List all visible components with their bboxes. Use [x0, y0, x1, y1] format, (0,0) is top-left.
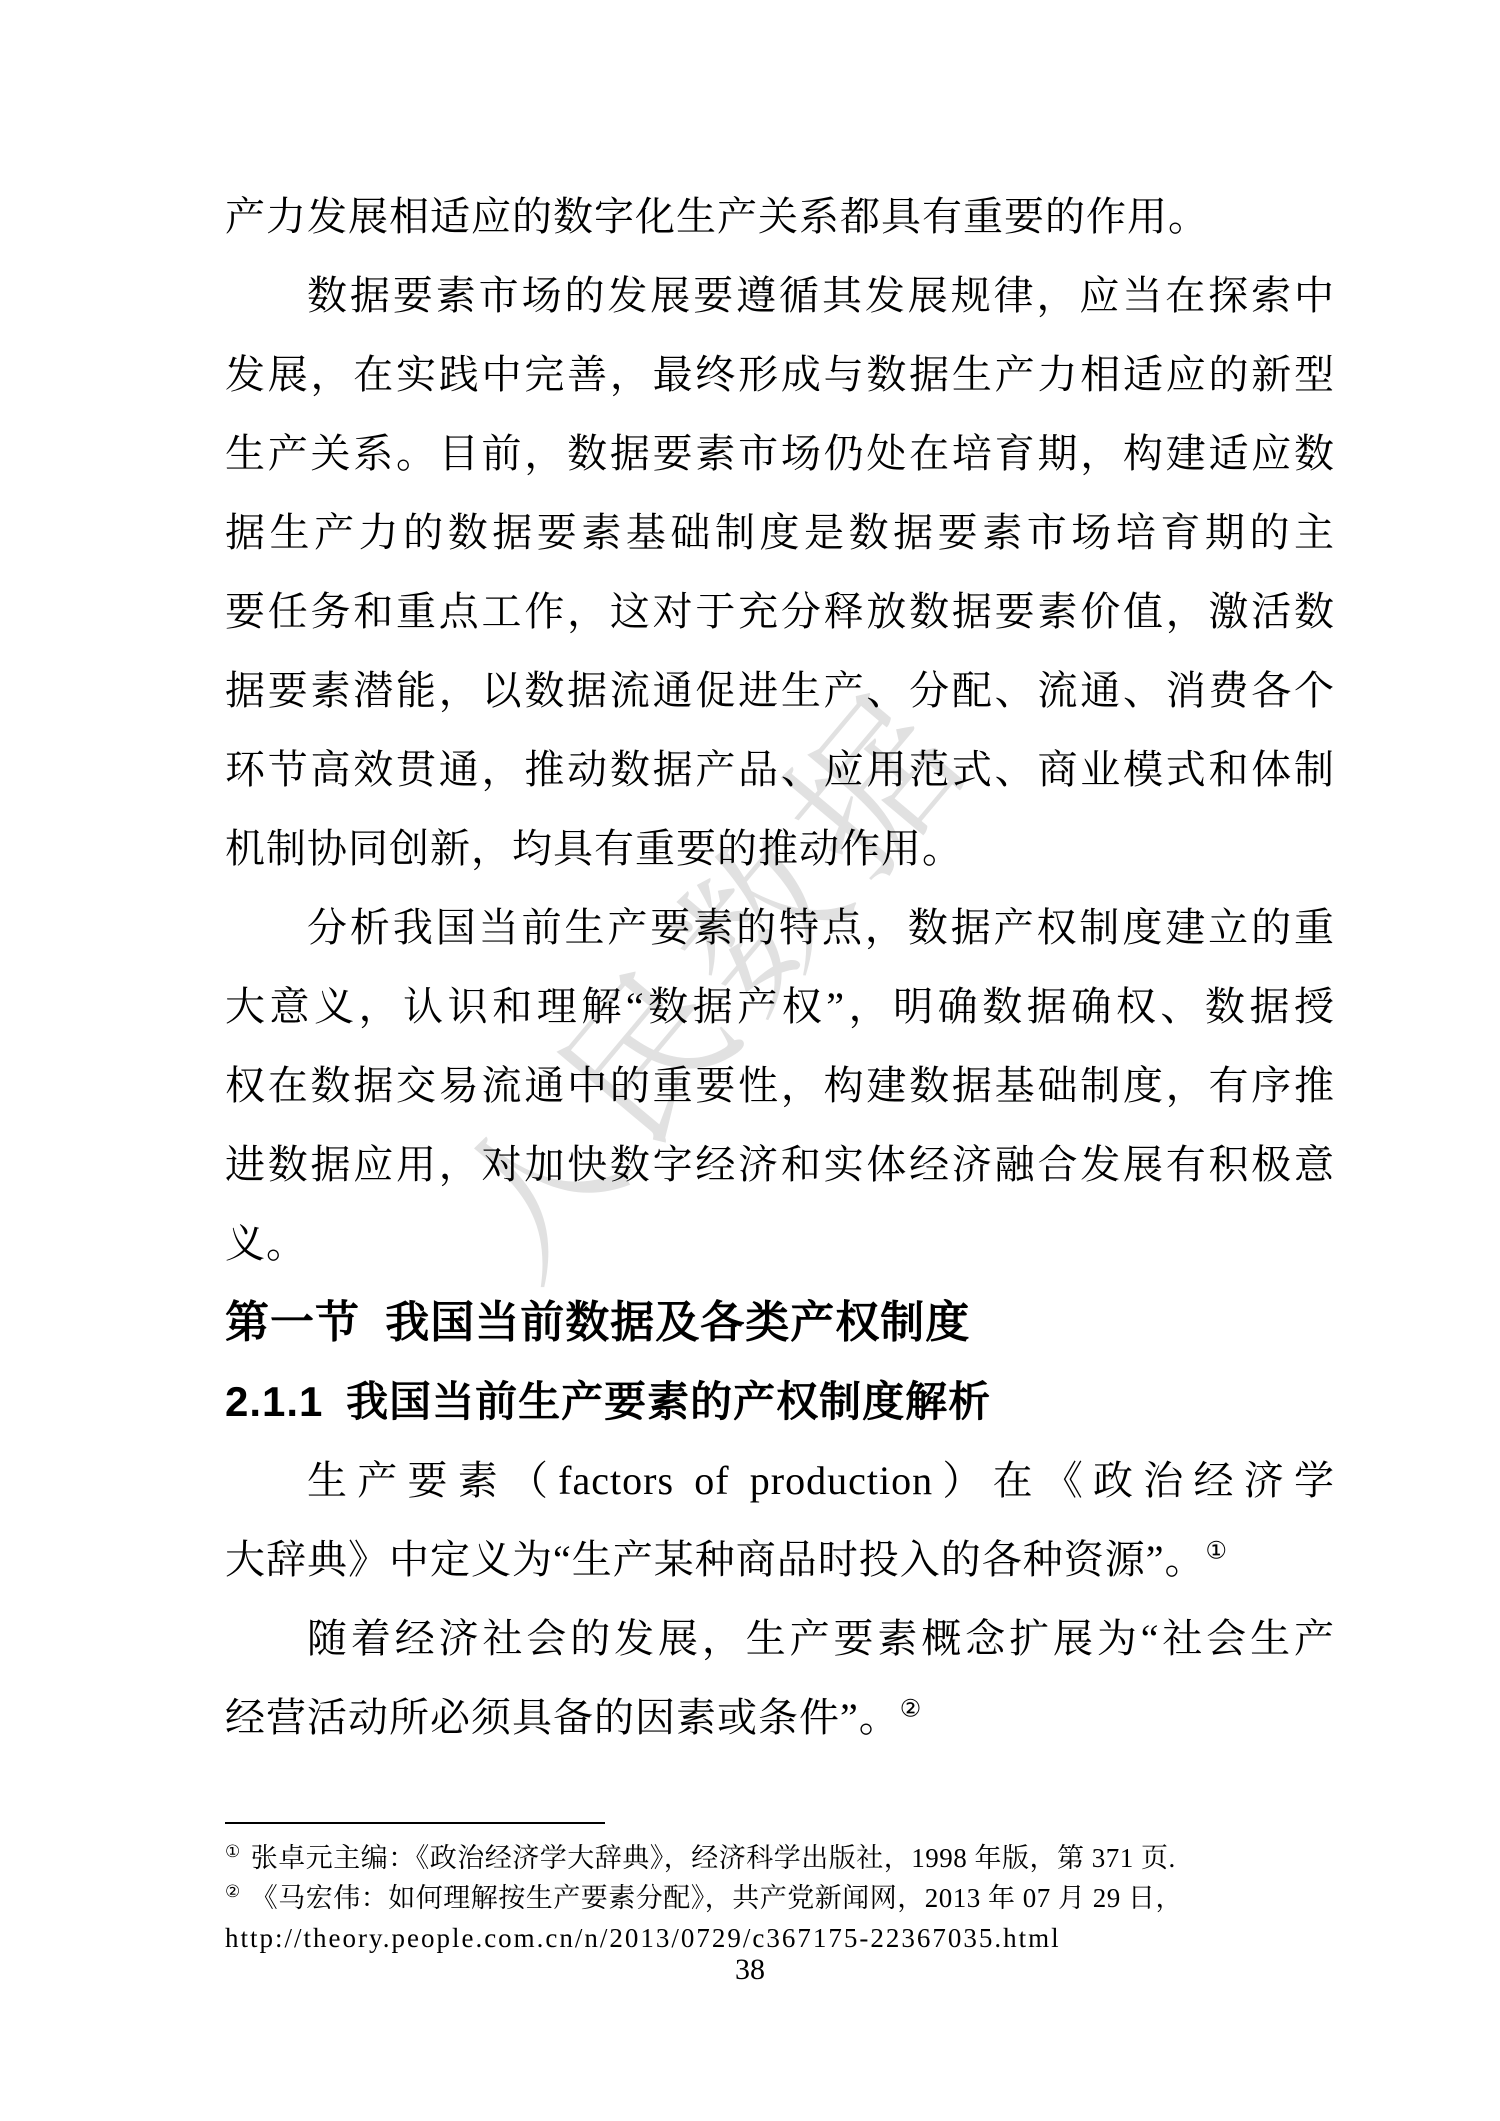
body-line: 据要素潜能，以数据流通促进生产、分配、流通、消费各个	[225, 651, 1335, 730]
body-line: 经营活动所必须具备的因素或条件”。②	[225, 1678, 1335, 1757]
page-number: 38	[0, 1950, 1500, 1990]
body-text: 产力发展相适应的数字化生产关系都具有重要的作用。 数据要素市场的发展要遵循其发展…	[225, 177, 1335, 1757]
footnote-text: 张卓元主编：《政治经济学大辞典》，经济科学出版社，1998 年版，第 371 页…	[251, 1843, 1176, 1873]
footnote-ref-1: ①	[1206, 1539, 1228, 1565]
subsection-heading: 2.1.1 我国当前生产要素的产权制度解析	[225, 1362, 1335, 1441]
paragraph: 数据要素市场的发展要遵循其发展规律，应当在探索中 发展，在实践中完善，最终形成与…	[225, 256, 1335, 888]
body-line: 大意义，认识和理解“数据产权”，明确数据确权、数据授	[225, 967, 1335, 1046]
footnote-marker-2: ②	[225, 1882, 241, 1901]
paragraph: 产力发展相适应的数字化生产关系都具有重要的作用。	[225, 177, 1335, 256]
body-line: 据生产力的数据要素基础制度是数据要素市场培育期的主	[225, 493, 1335, 572]
footnote-area: ①张卓元主编：《政治经济学大辞典》，经济科学出版社，1998 年版，第 371 …	[225, 1838, 1365, 1958]
section-heading: 第一节 我国当前数据及各类产权制度	[225, 1283, 1335, 1362]
footnote-text: 《马宏伟：如何理解按生产要素分配》，共产党新闻网，2013 年 07 月 29 …	[251, 1883, 1183, 1913]
footnote-marker-1: ①	[225, 1842, 241, 1861]
footnote-1: ①张卓元主编：《政治经济学大辞典》，经济科学出版社，1998 年版，第 371 …	[225, 1838, 1365, 1878]
body-line: 要任务和重点工作，这对于充分释放数据要素价值，激活数	[225, 572, 1335, 651]
footnote-ref-2: ②	[900, 1697, 922, 1723]
paragraph: 随着经济社会的发展，生产要素概念扩展为“社会生产 经营活动所必须具备的因素或条件…	[225, 1599, 1335, 1757]
document-page: 人民数据 产力发展相适应的数字化生产关系都具有重要的作用。 数据要素市场的发展要…	[0, 0, 1500, 2121]
body-line: 分析我国当前生产要素的特点，数据产权制度建立的重	[225, 888, 1335, 967]
footnote-2: ②《马宏伟：如何理解按生产要素分配》，共产党新闻网，2013 年 07 月 29…	[225, 1878, 1365, 1918]
body-line: 生产要素（factors of production）在《政治经济学	[225, 1441, 1335, 1520]
body-line-text: 大辞典》中定义为“生产某种商品时投入的各种资源”。	[225, 1537, 1206, 1582]
body-line: 机制协同创新，均具有重要的推动作用。	[225, 809, 1335, 888]
footnote-separator	[225, 1822, 605, 1824]
paragraph: 分析我国当前生产要素的特点，数据产权制度建立的重 大意义，认识和理解“数据产权”…	[225, 888, 1335, 1283]
body-line: 发展，在实践中完善，最终形成与数据生产力相适应的新型	[225, 335, 1335, 414]
body-line: 随着经济社会的发展，生产要素概念扩展为“社会生产	[225, 1599, 1335, 1678]
body-line: 大辞典》中定义为“生产某种商品时投入的各种资源”。①	[225, 1520, 1335, 1599]
body-line: 数据要素市场的发展要遵循其发展规律，应当在探索中	[225, 256, 1335, 335]
body-line: 产力发展相适应的数字化生产关系都具有重要的作用。	[225, 177, 1335, 256]
body-line: 生产关系。目前，数据要素市场仍处在培育期，构建适应数	[225, 414, 1335, 493]
body-line: 进数据应用，对加快数字经济和实体经济融合发展有积极意	[225, 1125, 1335, 1204]
body-line: 环节高效贯通，推动数据产品、应用范式、商业模式和体制	[225, 730, 1335, 809]
body-line: 义。	[225, 1204, 1335, 1283]
body-line: 权在数据交易流通中的重要性，构建数据基础制度，有序推	[225, 1046, 1335, 1125]
body-line-text: 经营活动所必须具备的因素或条件”。	[225, 1695, 900, 1740]
paragraph: 生产要素（factors of production）在《政治经济学 大辞典》中…	[225, 1441, 1335, 1599]
